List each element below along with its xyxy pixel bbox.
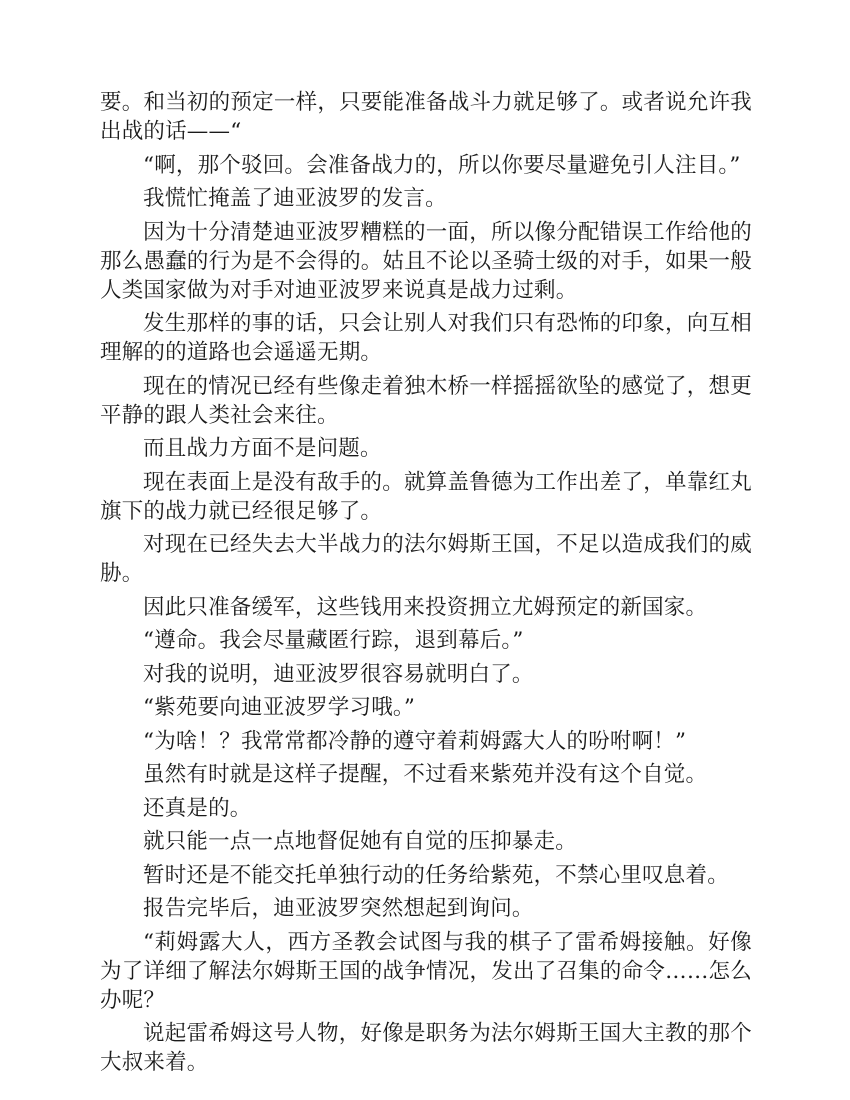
paragraph: 暂时还是不能交托单独行动的任务给紫苑，不禁心里叹息着。 [100, 861, 752, 890]
paragraph: 而且战力方面不是问题。 [100, 434, 752, 463]
paragraph: “紫苑要向迪亚波罗学习哦。” [100, 693, 752, 722]
paragraph: 对现在已经失去大半战力的法尔姆斯王国，不足以造成我们的威胁。 [100, 530, 752, 588]
paragraph: 还真是的。 [100, 794, 752, 823]
paragraph: “为啥！？我常常都冷静的遵守着莉姆露大人的吩咐啊！” [100, 727, 752, 756]
paragraph: 对我的说明，迪亚波罗很容易就明白了。 [100, 660, 752, 689]
paragraph: 要。和当初的预定一样，只要能准备战斗力就足够了。或者说允许我出战的话——“ [100, 88, 752, 146]
paragraph: 虽然有时就是这样子提醒，不过看来紫苑并没有这个自觉。 [100, 760, 752, 789]
paragraph: 报告完毕后，迪亚波罗突然想起到询问。 [100, 894, 752, 923]
paragraph: “莉姆露大人，西方圣教会试图与我的棋子了雷希姆接触。好像为了详细了解法尔姆斯王国… [100, 928, 752, 1015]
paragraph: 因为十分清楚迪亚波罗糟糕的一面，所以像分配错误工作给他的那么愚蠢的行为是不会得的… [100, 218, 752, 305]
document-page: 要。和当初的预定一样，只要能准备战斗力就足够了。或者说允许我出战的话——“ “啊… [100, 88, 752, 1082]
paragraph: 我慌忙掩盖了迪亚波罗的发言。 [100, 184, 752, 213]
paragraph: 就只能一点一点地督促她有自觉的压抑暴走。 [100, 827, 752, 856]
paragraph: “遵命。我会尽量藏匿行踪，退到幕后。” [100, 626, 752, 655]
paragraph: 现在表面上是没有敌手的。就算盖鲁德为工作出差了，单靠红丸旗下的战力就已经很足够了… [100, 468, 752, 526]
paragraph: 发生那样的事的话，只会让别人对我们只有恐怖的印象，向互相理解的的道路也会遥遥无期… [100, 309, 752, 367]
paragraph: “啊，那个驳回。会准备战力的，所以你要尽量避免引人注目。” [100, 151, 752, 180]
paragraph: 因此只准备缓军，这些钱用来投资拥立尤姆预定的新国家。 [100, 593, 752, 622]
paragraph: 现在的情况已经有些像走着独木桥一样摇摇欲坠的感觉了，想更平静的跟人类社会来往。 [100, 372, 752, 430]
paragraph: 说起雷希姆这号人物，好像是职务为法尔姆斯王国大主教的那个大叔来着。 [100, 1019, 752, 1077]
